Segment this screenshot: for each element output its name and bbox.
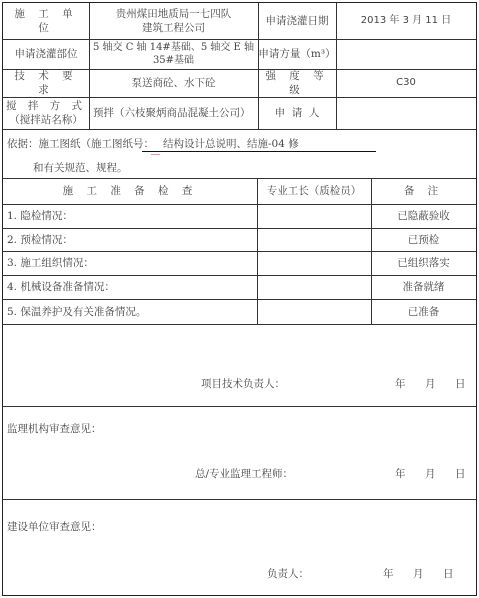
check-header-item: 施 工 准 备 检 查 [3,178,257,204]
check-item: 1. 隐检情况： [3,204,257,228]
row-divider [3,406,476,407]
supervisor-year: 年 [395,466,406,481]
check-remark: 已组织落实 [371,251,476,275]
pour-location-line1: 5 轴交 C 轴 14#基础、5 轴交 E 轴 [93,41,254,54]
row-divider [3,129,476,130]
check-foreman[interactable] [257,275,371,299]
supervisor-day: 日 [455,466,466,481]
check-remark: 已隐蔽验收 [371,204,476,228]
supervisor-month: 月 [425,466,436,481]
construction-unit-line2: 建筑工程公司 [142,21,205,35]
check-item: 5. 保温养护及有关准备情况。 [3,299,257,324]
basis-prefix: 依据：施工图纸（施工图纸号： [7,136,154,151]
owner-year: 年 [383,566,394,581]
check-foreman[interactable] [257,251,371,275]
basis-suffix: 和有关规范、规程。 [33,160,128,175]
pour-date-value: 2013 年 3 月 11 日 [336,3,476,39]
concrete-pouring-application-form: 施 工 单 位 贵州煤田地质局一七四队 建筑工程公司 申请浇灌日期 2013 年… [2,2,477,596]
construction-unit-line1: 贵州煤田地质局一七四队 [116,7,232,21]
pour-location-label: 申请浇灌部位 [3,39,89,69]
pour-location-line2: 35#基础 [153,54,194,67]
tech-lead-day: 日 [455,376,466,391]
supervisor-label: 总/专业监理工程师： [195,466,293,481]
technical-requirements-value: 泵送商砼、水下砼 [89,69,258,97]
owner-month: 月 [413,566,424,581]
strength-grade-value: C30 [336,69,476,97]
check-foreman[interactable] [257,299,371,324]
owner-day: 日 [443,566,454,581]
check-header-foreman: 专业工长（质检员） [257,178,371,204]
check-item: 3. 施工组织情况： [3,251,257,275]
drawing-number-underline [142,151,376,152]
drawing-number: 结构设计总说明、结施-04 修 [163,136,299,151]
check-foreman[interactable] [257,228,371,251]
strength-grade-label: 强 度 等 级 [258,69,336,97]
check-header-remark: 备 注 [371,178,476,204]
pour-volume-value[interactable] [336,39,476,69]
check-remark: 已准备 [371,299,476,324]
tech-lead-year: 年 [395,376,406,391]
owner-opinion-title: 建设单位审查意见： [7,519,102,534]
row-divider [3,499,476,500]
construction-unit-label: 施 工 单 位 [3,3,89,39]
row-divider [3,324,476,325]
owner-label: 负责人： [267,566,309,581]
applicant-label: 申 请 人 [258,97,336,129]
check-remark: 已预检 [371,228,476,251]
tech-lead-month: 月 [425,376,436,391]
pour-volume-label: 申请方量（m³） [258,39,336,69]
tech-lead-label: 项目技术负责人： [201,376,285,391]
technical-requirements-label: 技 术 要 求 [3,69,89,97]
check-item: 2. 预检情况： [3,228,257,251]
mixing-method-value: 预拌（六枝聚炳商品混凝土公司） [89,97,258,129]
check-foreman[interactable] [257,204,371,228]
mixing-method-line2: （搅拌站名称） [9,113,83,127]
pour-date-label: 申请浇灌日期 [258,3,336,39]
check-remark: 准备就绪 [371,275,476,299]
pour-location-value: 5 轴交 C 轴 14#基础、5 轴交 E 轴 35#基础 [89,39,258,69]
red-mark [151,154,160,155]
construction-unit-value: 贵州煤田地质局一七四队 建筑工程公司 [89,3,258,39]
applicant-value[interactable] [336,97,476,129]
mixing-method-line1: 搅 拌 方 式 [6,99,86,113]
mixing-method-label: 搅 拌 方 式 （搅拌站名称） [3,97,89,129]
check-item: 4. 机械设备准备情况： [3,275,257,299]
supervision-opinion-title: 监理机构审查意见： [7,421,102,436]
